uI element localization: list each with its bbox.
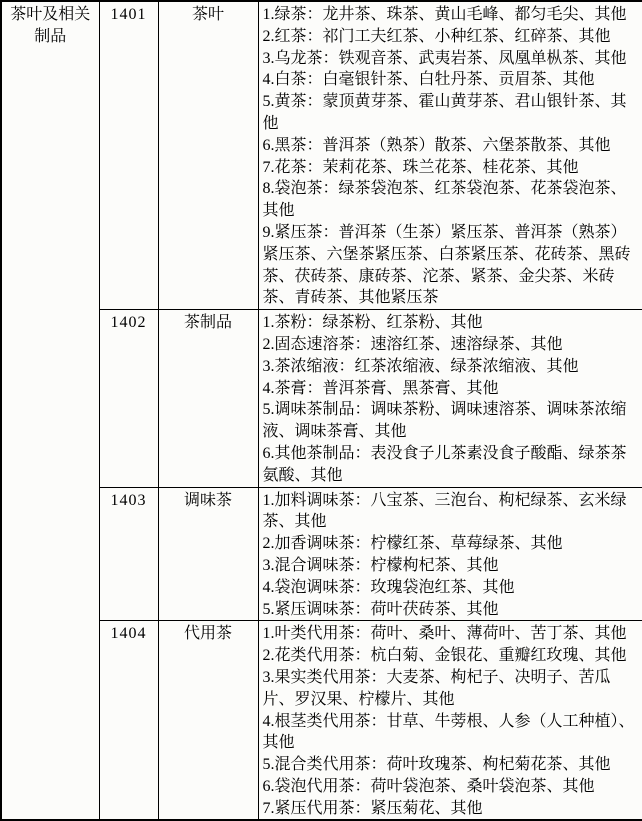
name-cell-1403: 调味茶 bbox=[158, 487, 258, 621]
item-line: 3.茶浓缩液：红茶浓缩液、绿茶浓缩液、其他 bbox=[263, 356, 641, 378]
name-cell-1401: 茶叶 bbox=[158, 1, 258, 310]
item-line: 1.茶粉：绿茶粉、红茶粉、其他 bbox=[263, 312, 641, 334]
item-line: 8.袋泡茶：绿茶袋泡茶、红茶袋泡茶、花茶袋泡茶、其他 bbox=[263, 178, 641, 222]
code-cell-1402: 1402 bbox=[99, 310, 158, 487]
item-line: 3.混合调味茶：柠檬枸杞茶、其他 bbox=[263, 555, 641, 577]
item-line: 6.黑茶：普洱茶（熟茶）散茶、六堡茶散茶、其他 bbox=[263, 135, 641, 157]
item-line: 5.混合类代用茶：荷叶玫瑰茶、枸杞菊花茶、其他 bbox=[263, 754, 641, 776]
item-line: 7.花茶：茉莉花茶、珠兰花茶、桂花茶、其他 bbox=[263, 157, 641, 179]
item-line: 1.绿茶：龙井茶、珠茶、黄山毛峰、都匀毛尖、其他 bbox=[263, 4, 641, 26]
code-cell-1403: 1403 bbox=[99, 487, 158, 621]
item-line: 9.紧压茶：普洱茶（生茶）紧压茶、普洱茶（熟茶）紧压茶、六堡茶紧压茶、白茶紧压茶… bbox=[263, 222, 641, 309]
item-line: 4.白茶：白毫银针茶、白牡丹茶、贡眉茶、其他 bbox=[263, 69, 641, 91]
table-row-1401: 茶叶及相关制品 1401 茶叶 1.绿茶：龙井茶、珠茶、黄山毛峰、都匀毛尖、其他… bbox=[1, 1, 642, 310]
item-line: 2.花类代用茶：杭白菊、金银花、重瓣红玫瑰、其他 bbox=[263, 645, 641, 667]
item-line: 5.调味茶制品：调味茶粉、调味速溶茶、调味茶浓缩液、调味茶膏、其他 bbox=[263, 399, 641, 443]
item-line: 6.其他茶制品：表没食子儿茶素没食子酸酯、绿茶茶氨酸、其他 bbox=[263, 443, 641, 487]
items-cell-1401: 1.绿茶：龙井茶、珠茶、黄山毛峰、都匀毛尖、其他 2.红茶：祁门工夫红茶、小种红… bbox=[258, 1, 642, 310]
item-line: 5.紧压调味茶：荷叶茯砖茶、其他 bbox=[263, 599, 641, 621]
items-cell-1403: 1.加料调味茶：八宝茶、三泡台、枸杞绿茶、玄米绿茶、其他 2.加香调味茶：柠檬红… bbox=[258, 487, 642, 621]
code-cell-1401: 1401 bbox=[99, 1, 158, 310]
item-line: 2.固态速溶茶：速溶红茶、速溶绿茶、其他 bbox=[263, 334, 641, 356]
item-line: 4.根茎类代用茶：甘草、牛蒡根、人参（人工种植）、其他 bbox=[263, 711, 641, 755]
category-cell: 茶叶及相关制品 bbox=[1, 1, 99, 820]
name-cell-1404: 代用茶 bbox=[158, 621, 258, 821]
item-line: 5.黄茶：蒙顶黄芽茶、霍山黄芽茶、君山银针茶、其他 bbox=[263, 91, 641, 135]
item-line: 6.袋泡代用茶：荷叶袋泡茶、桑叶袋泡茶、其他 bbox=[263, 776, 641, 798]
item-line: 7.紧压代用茶：紧压菊花、其他 bbox=[263, 798, 641, 820]
item-line: 3.果实类代用茶：大麦茶、枸杞子、决明子、苦瓜片、罗汉果、柠檬片、其他 bbox=[263, 667, 641, 711]
item-line: 2.加香调味茶：柠檬红茶、草莓绿茶、其他 bbox=[263, 533, 641, 555]
item-line: 1.加料调味茶：八宝茶、三泡台、枸杞绿茶、玄米绿茶、其他 bbox=[263, 490, 641, 534]
item-line: 1.叶类代用茶：荷叶、桑叶、薄荷叶、苦丁茶、其他 bbox=[263, 623, 641, 645]
tea-categories-table: 茶叶及相关制品 1401 茶叶 1.绿茶：龙井茶、珠茶、黄山毛峰、都匀毛尖、其他… bbox=[0, 0, 642, 821]
item-line: 4.袋泡调味茶：玫瑰袋泡红茶、其他 bbox=[263, 577, 641, 599]
item-line: 3.乌龙茶：铁观音茶、武夷岩茶、凤凰单枞茶、其他 bbox=[263, 48, 641, 70]
items-cell-1402: 1.茶粉：绿茶粉、红茶粉、其他 2.固态速溶茶：速溶红茶、速溶绿茶、其他 3.茶… bbox=[258, 310, 642, 487]
item-line: 4.茶膏：普洱茶膏、黑茶膏、其他 bbox=[263, 378, 641, 400]
name-cell-1402: 茶制品 bbox=[158, 310, 258, 487]
code-cell-1404: 1404 bbox=[99, 621, 158, 821]
item-line: 2.红茶：祁门工夫红茶、小种红茶、红碎茶、其他 bbox=[263, 26, 641, 48]
items-cell-1404: 1.叶类代用茶：荷叶、桑叶、薄荷叶、苦丁茶、其他 2.花类代用茶：杭白菊、金银花… bbox=[258, 621, 642, 821]
